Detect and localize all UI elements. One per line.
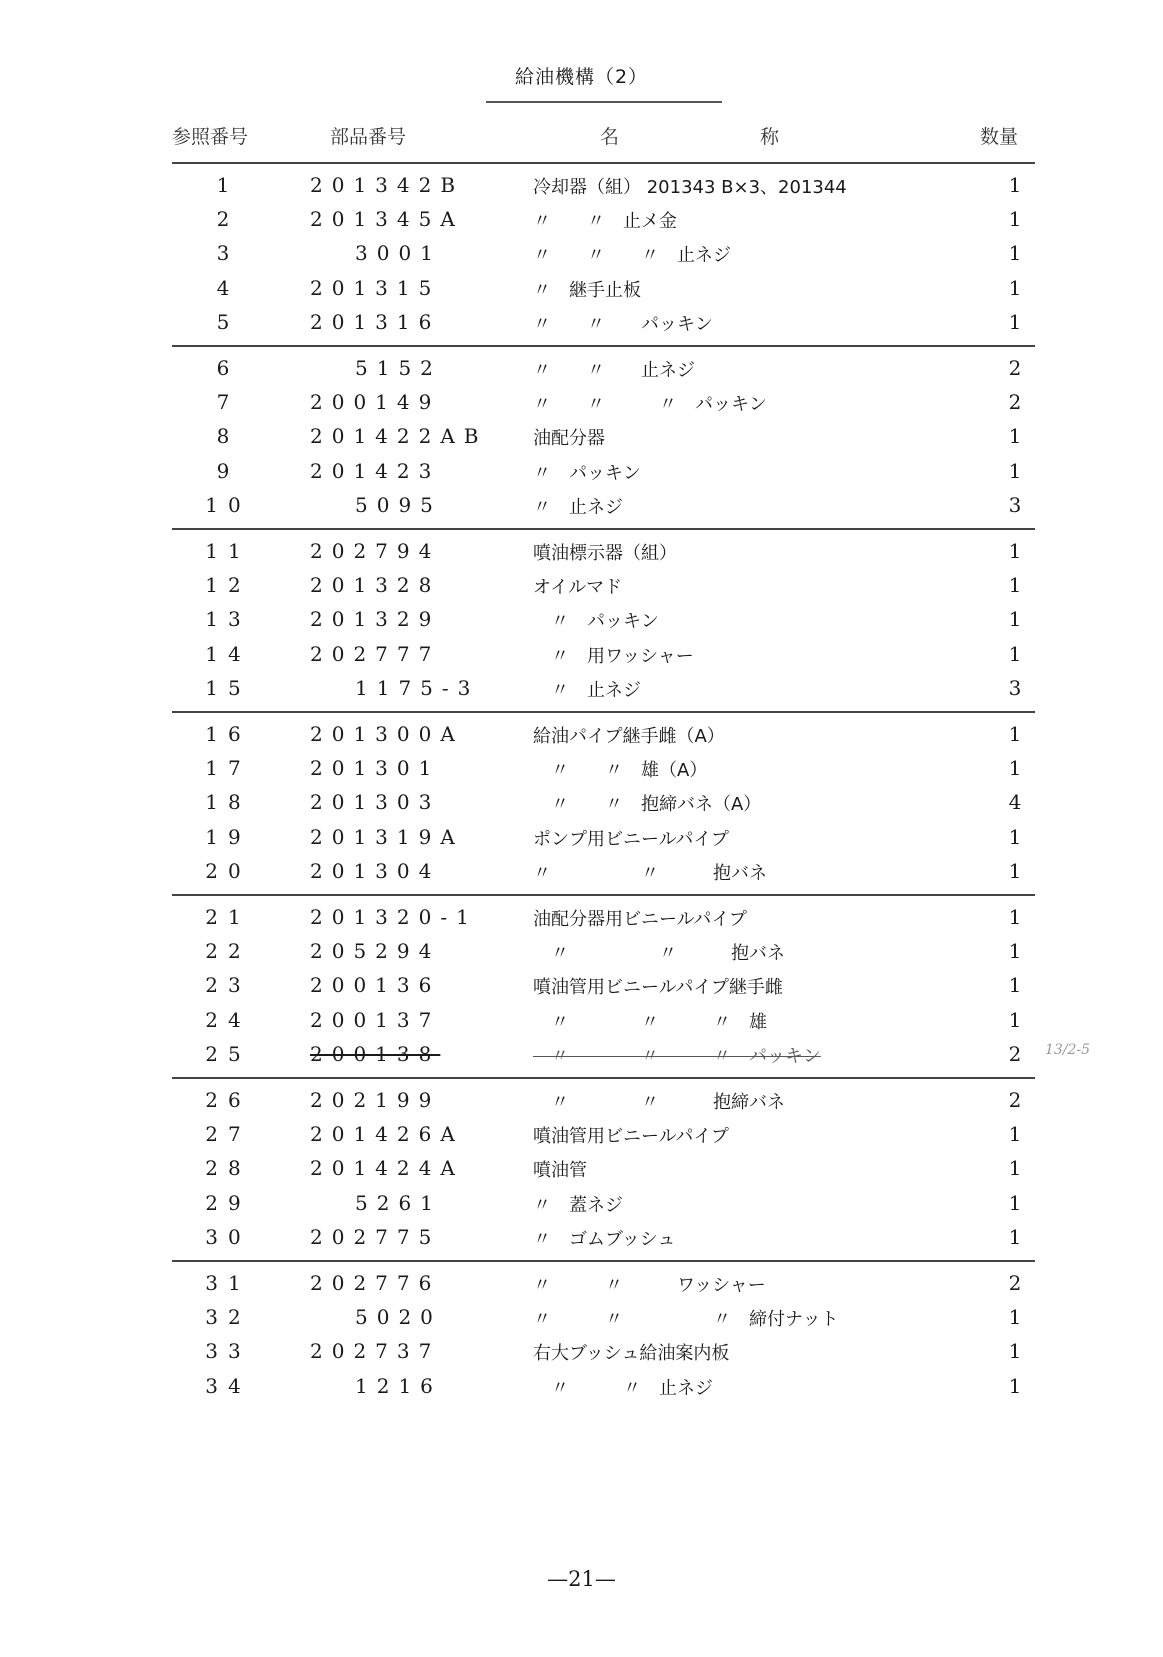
ref-number: 34 <box>172 1374 284 1398</box>
ref-number: 26 <box>172 1088 284 1112</box>
table-row: 13201329 〃 パッキン1 <box>0 607 1163 637</box>
part-name: 噴油管 <box>533 1156 587 1182</box>
part-name: 〃 継手止板 <box>533 276 641 302</box>
quantity: 1 <box>995 1339 1035 1363</box>
part-name: 〃 用ワッシャー <box>533 642 694 668</box>
quantity: 1 <box>995 1008 1035 1032</box>
part-name: 〃 〃 〃 パッキン <box>533 390 767 416</box>
part-number: 201329 <box>310 607 440 631</box>
part-name: 〃 〃 抱締バネ <box>533 1088 785 1114</box>
part-name: 〃 〃 〃 締付ナット <box>533 1305 839 1331</box>
quantity: 1 <box>995 1305 1035 1329</box>
handwritten-note: 13/2-5 <box>1045 1042 1090 1058</box>
quantity: 4 <box>995 790 1035 814</box>
ref-number: 14 <box>172 642 284 666</box>
ref-number: 9 <box>172 459 284 483</box>
table-row: 25200138 〃 〃 〃 パッキン213/2-5 <box>0 1042 1163 1072</box>
table-row: 7200149〃 〃 〃 パッキン2 <box>0 390 1163 420</box>
ref-number: 20 <box>172 859 284 883</box>
table-row: 28201424A噴油管1 <box>0 1156 1163 1186</box>
quantity: 1 <box>995 424 1035 448</box>
ref-number: 18 <box>172 790 284 814</box>
table-row: 14202777 〃 用ワッシャー1 <box>0 642 1163 672</box>
header-name-1: 名 <box>600 122 619 149</box>
part-name: 〃 〃 パッキン <box>533 310 713 336</box>
part-number: 202794 <box>310 539 440 563</box>
table-row: 23200136噴油管用ビニールパイプ継手雌1 <box>0 973 1163 1003</box>
table-row: 9201423〃 パッキン1 <box>0 459 1163 489</box>
part-number: 201300A <box>310 722 464 746</box>
ref-number: 7 <box>172 390 284 414</box>
table-row: 24200137 〃 〃 〃 雄1 <box>0 1008 1163 1038</box>
quantity: 1 <box>995 859 1035 883</box>
part-name: 〃 〃 〃 雄 <box>533 1008 767 1034</box>
ref-number: 22 <box>172 939 284 963</box>
table-row: 341216 〃 〃 止ネジ1 <box>0 1374 1163 1404</box>
quantity: 1 <box>995 825 1035 849</box>
part-number: 201423 <box>310 459 440 483</box>
part-name: 冷却器（組） 201343 B×3、201344 <box>533 173 847 199</box>
ref-number: 11 <box>172 539 284 563</box>
table-row: 17201301 〃 〃 雄（A）1 <box>0 756 1163 786</box>
quantity: 1 <box>995 1156 1035 1180</box>
table-row: 105095〃 止ネジ3 <box>0 493 1163 523</box>
group-divider <box>172 1260 1035 1262</box>
quantity: 1 <box>995 1122 1035 1146</box>
quantity: 1 <box>995 539 1035 563</box>
quantity: 1 <box>995 1374 1035 1398</box>
part-name: 〃 〃 雄（A） <box>533 756 707 782</box>
part-name: 〃 〃 抱締バネ（A） <box>533 790 761 816</box>
ref-number: 32 <box>172 1305 284 1329</box>
part-name: 給油パイプ継手雌（A） <box>533 722 725 748</box>
ref-number: 33 <box>172 1339 284 1363</box>
quantity: 1 <box>995 607 1035 631</box>
title-underline <box>486 101 722 103</box>
ref-number: 6 <box>172 356 284 380</box>
group-divider <box>172 345 1035 347</box>
quantity: 1 <box>995 459 1035 483</box>
part-name: 〃 〃 抱バネ <box>533 859 767 885</box>
header-part-number: 部品番号 <box>330 122 406 149</box>
table-row: 20201304〃 〃 抱バネ1 <box>0 859 1163 889</box>
part-number: 201315 <box>310 276 440 300</box>
part-number: 201304 <box>310 859 440 883</box>
ref-number: 1 <box>172 173 284 197</box>
table-row: 65152〃 〃 止ネジ2 <box>0 356 1163 386</box>
ref-number: 16 <box>172 722 284 746</box>
part-number: 201316 <box>310 310 440 334</box>
part-name: 〃 〃 〃 パッキン <box>533 1042 821 1068</box>
part-name: 〃 〃 〃 止ネジ <box>533 241 731 267</box>
quantity: 2 <box>995 1271 1035 1295</box>
quantity: 1 <box>995 905 1035 929</box>
ref-number: 4 <box>172 276 284 300</box>
quantity: 1 <box>995 573 1035 597</box>
header-name-2: 称 <box>760 122 779 149</box>
part-number: 200136 <box>310 973 440 997</box>
part-number: 201328 <box>310 573 440 597</box>
quantity: 1 <box>995 241 1035 265</box>
ref-number: 12 <box>172 573 284 597</box>
part-name: 油配分器 <box>533 424 605 450</box>
quantity: 2 <box>995 1042 1035 1066</box>
header-quantity: 数量 <box>980 122 1018 149</box>
header-ref-number: 参照番号 <box>172 122 248 149</box>
part-name: 〃 止ネジ <box>533 676 641 702</box>
part-name: 噴油標示器（組） <box>533 539 677 565</box>
ref-number: 25 <box>172 1042 284 1066</box>
part-number: 3001 <box>355 241 442 265</box>
part-number: 5095 <box>355 493 442 517</box>
quantity: 1 <box>995 310 1035 334</box>
part-number: 201422AB <box>310 424 488 448</box>
group-divider <box>172 1077 1035 1079</box>
part-number: 201319A <box>310 825 464 849</box>
part-number: 201426A <box>310 1122 464 1146</box>
table-row: 27201426A噴油管用ビニールパイプ1 <box>0 1122 1163 1152</box>
table-row: 5201316〃 〃 パッキン1 <box>0 310 1163 340</box>
quantity: 1 <box>995 756 1035 780</box>
part-name: 噴油管用ビニールパイプ継手雌 <box>533 973 783 999</box>
ref-number: 2 <box>172 207 284 231</box>
part-number: 202737 <box>310 1339 440 1363</box>
table-row: 295261〃 蓋ネジ1 <box>0 1191 1163 1221</box>
part-number: 1175-3 <box>355 676 479 700</box>
part-name: オイルマド <box>533 573 622 599</box>
table-row: 18201303 〃 〃 抱締バネ（A）4 <box>0 790 1163 820</box>
part-name: 油配分器用ビニールパイプ <box>533 905 747 931</box>
quantity: 1 <box>995 1191 1035 1215</box>
part-name: 〃 〃 ワッシャー <box>533 1271 766 1297</box>
part-number: 5020 <box>355 1305 442 1329</box>
part-number: 5152 <box>355 356 442 380</box>
group-divider <box>172 711 1035 713</box>
ref-number: 28 <box>172 1156 284 1180</box>
table-row: 8201422AB油配分器1 <box>0 424 1163 454</box>
part-number: 201301 <box>310 756 440 780</box>
table-row: 11202794噴油標示器（組）1 <box>0 539 1163 569</box>
part-number: 202775 <box>310 1225 440 1249</box>
part-name: 噴油管用ビニールパイプ <box>533 1122 729 1148</box>
quantity: 1 <box>995 939 1035 963</box>
ref-number: 24 <box>172 1008 284 1032</box>
quantity: 3 <box>995 493 1035 517</box>
quantity: 1 <box>995 722 1035 746</box>
ref-number: 23 <box>172 973 284 997</box>
table-row: 12201328オイルマド1 <box>0 573 1163 603</box>
part-number: 200137 <box>310 1008 440 1032</box>
table-row: 33001〃 〃 〃 止ネジ1 <box>0 241 1163 271</box>
part-name: 〃 パッキン <box>533 459 641 485</box>
part-name: 〃 〃 止ネジ <box>533 1374 713 1400</box>
quantity: 1 <box>995 1225 1035 1249</box>
ref-number: 31 <box>172 1271 284 1295</box>
ref-number: 15 <box>172 676 284 700</box>
part-name: 〃 蓋ネジ <box>533 1191 623 1217</box>
part-number: 201345A <box>310 207 464 231</box>
table-row: 26202199 〃 〃 抱締バネ2 <box>0 1088 1163 1118</box>
table-row: 151175-3 〃 止ネジ3 <box>0 676 1163 706</box>
quantity: 1 <box>995 973 1035 997</box>
table-row: 19201319Aポンプ用ビニールパイプ1 <box>0 825 1163 855</box>
part-name: 〃 止ネジ <box>533 493 623 519</box>
table-row: 21201320-1油配分器用ビニールパイプ1 <box>0 905 1163 935</box>
ref-number: 29 <box>172 1191 284 1215</box>
ref-number: 13 <box>172 607 284 631</box>
table-row: 2201345A〃 〃 止メ金1 <box>0 207 1163 237</box>
part-number: 1216 <box>355 1374 442 1398</box>
part-number: 5261 <box>355 1191 442 1215</box>
table-row: 325020〃 〃 〃 締付ナット1 <box>0 1305 1163 1335</box>
part-name: 〃 〃 止メ金 <box>533 207 677 233</box>
part-name: 〃 〃 止ネジ <box>533 356 695 382</box>
part-number: 201320-1 <box>310 905 478 929</box>
ref-number: 27 <box>172 1122 284 1146</box>
group-divider <box>172 894 1035 896</box>
ref-number: 3 <box>172 241 284 265</box>
ref-number: 30 <box>172 1225 284 1249</box>
part-number: 201424A <box>310 1156 464 1180</box>
quantity: 2 <box>995 1088 1035 1112</box>
table-row: 31202776〃 〃 ワッシャー2 <box>0 1271 1163 1301</box>
table-row: 4201315〃 継手止板1 <box>0 276 1163 306</box>
quantity: 3 <box>995 676 1035 700</box>
part-number: 205294 <box>310 939 440 963</box>
table-row: 16201300A給油パイプ継手雌（A）1 <box>0 722 1163 752</box>
quantity: 1 <box>995 207 1035 231</box>
table-row: 30202775〃 ゴムブッシュ1 <box>0 1225 1163 1255</box>
page-title: 給油機構（2） <box>0 62 1163 89</box>
part-name: 〃 パッキン <box>533 607 659 633</box>
page-number: —21— <box>0 1567 1163 1591</box>
part-name: ポンプ用ビニールパイプ <box>533 825 729 851</box>
part-number: 200138 <box>310 1042 440 1066</box>
ref-number: 8 <box>172 424 284 448</box>
part-number: 201303 <box>310 790 440 814</box>
part-number: 202776 <box>310 1271 440 1295</box>
part-number: 200149 <box>310 390 440 414</box>
table-row: 22205294 〃 〃 抱バネ1 <box>0 939 1163 969</box>
table-row: 33202737右大ブッシュ給油案内板1 <box>0 1339 1163 1369</box>
part-number: 202199 <box>310 1088 440 1112</box>
group-divider <box>172 528 1035 530</box>
quantity: 1 <box>995 276 1035 300</box>
part-name: 〃 ゴムブッシュ <box>533 1225 675 1251</box>
part-name: 〃 〃 抱バネ <box>533 939 785 965</box>
header-rule <box>172 162 1035 164</box>
quantity: 2 <box>995 390 1035 414</box>
part-number: 202777 <box>310 642 440 666</box>
part-name: 右大ブッシュ給油案内板 <box>533 1339 729 1365</box>
ref-number: 10 <box>172 493 284 517</box>
table-row: 1201342B冷却器（組） 201343 B×3、2013441 <box>0 173 1163 203</box>
quantity: 1 <box>995 642 1035 666</box>
part-number: 201342B <box>310 173 464 197</box>
quantity: 2 <box>995 356 1035 380</box>
ref-number: 5 <box>172 310 284 334</box>
ref-number: 19 <box>172 825 284 849</box>
ref-number: 21 <box>172 905 284 929</box>
quantity: 1 <box>995 173 1035 197</box>
ref-number: 17 <box>172 756 284 780</box>
